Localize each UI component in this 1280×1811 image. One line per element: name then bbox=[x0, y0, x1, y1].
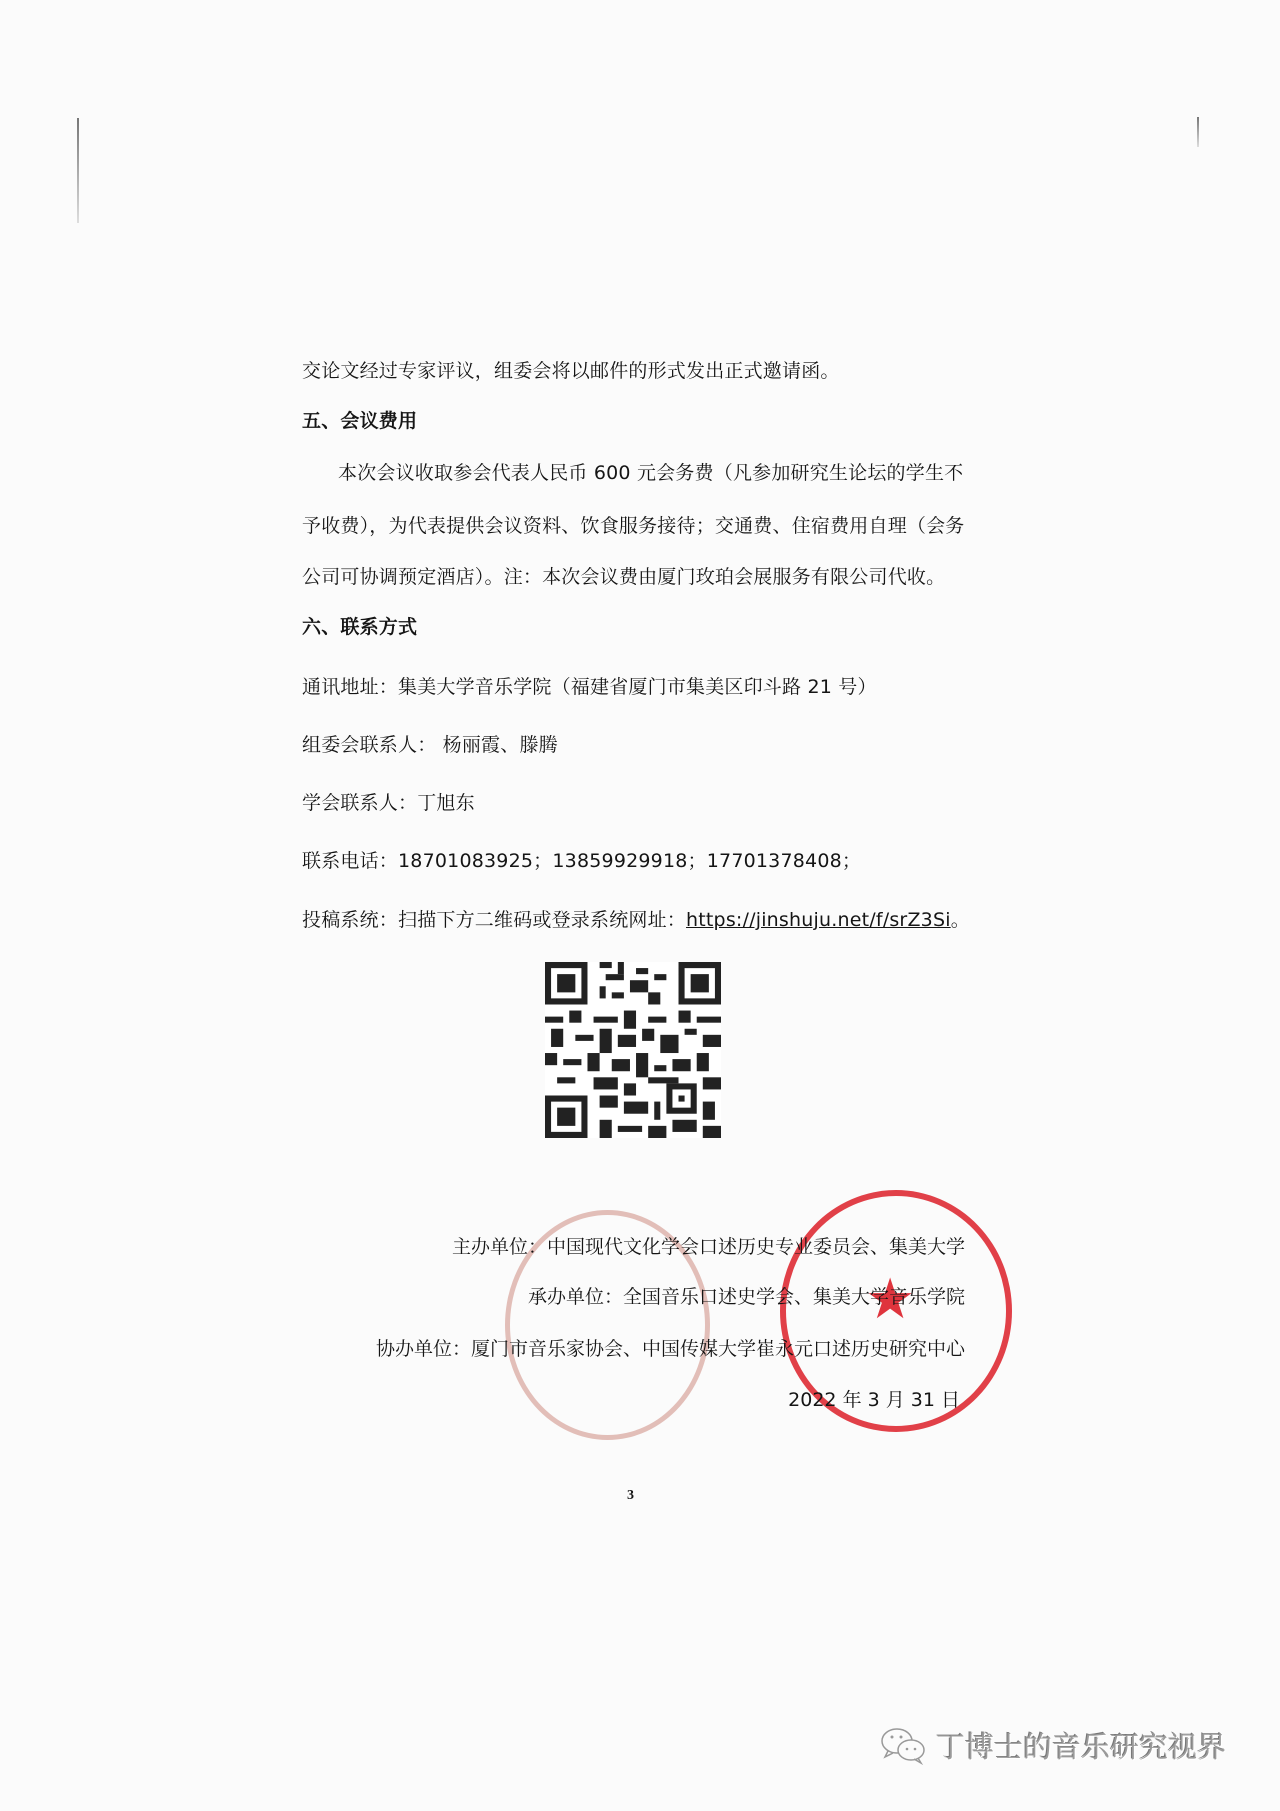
fees-paragraph-line: 予收费），为代表提供会议资料、饮食服务接待；交通费、住宿费用自理（会务 bbox=[302, 511, 965, 538]
fees-paragraph-line: 本次会议收取参会代表人民币 600 元会务费（凡参加研究生论坛的学生不 bbox=[338, 458, 963, 485]
wechat-watermark: 丁博士的音乐研究视界 bbox=[880, 1725, 1226, 1766]
co-organizer-unit: 协办单位：厦门市音乐家协会、中国传媒大学崔永元口述历史研究中心 bbox=[376, 1334, 965, 1361]
host-unit: 主办单位：中国现代文化学会口述历史专业委员会、集美大学 bbox=[452, 1232, 965, 1259]
watermark-text: 丁博士的音乐研究视界 bbox=[936, 1725, 1226, 1766]
committee-contact: 组委会联系人： 杨丽霞、滕腾 bbox=[302, 730, 558, 757]
fees-paragraph-line: 公司可协调预定酒店）。注：本次会议费由厦门玫珀会展服务有限公司代收。 bbox=[302, 562, 945, 589]
section-heading-contact: 六、联系方式 bbox=[302, 612, 417, 639]
issue-date: 2022 年 3 月 31 日 bbox=[788, 1385, 960, 1412]
scan-margin-line bbox=[1197, 117, 1199, 147]
organizer-unit: 承办单位：全国音乐口述史学会、集美大学音乐学院 bbox=[528, 1282, 965, 1309]
qr-code-icon[interactable] bbox=[545, 962, 721, 1138]
section-heading-fees: 五、会议费用 bbox=[302, 406, 417, 433]
contact-address: 通讯地址：集美大学音乐学院（福建省厦门市集美区印斗路 21 号） bbox=[302, 672, 877, 699]
submission-line: 投稿系统：扫描下方二维码或登录系统网址：https://jinshuju.net… bbox=[302, 905, 970, 932]
contact-phones: 联系电话：18701083925；13859929918；17701378408… bbox=[302, 846, 861, 873]
wechat-icon bbox=[880, 1726, 928, 1766]
submission-label: 投稿系统：扫描下方二维码或登录系统网址： bbox=[302, 909, 686, 931]
page-number: 3 bbox=[627, 1488, 634, 1504]
society-contact: 学会联系人：丁旭东 bbox=[302, 788, 475, 815]
submission-end: 。 bbox=[951, 909, 970, 931]
continuation-text: 交论文经过专家评议，组委会将以邮件的形式发出正式邀请函。 bbox=[302, 356, 840, 383]
scan-margin-line bbox=[77, 118, 79, 223]
submission-link[interactable]: https://jinshuju.net/f/srZ3Si bbox=[686, 909, 951, 931]
